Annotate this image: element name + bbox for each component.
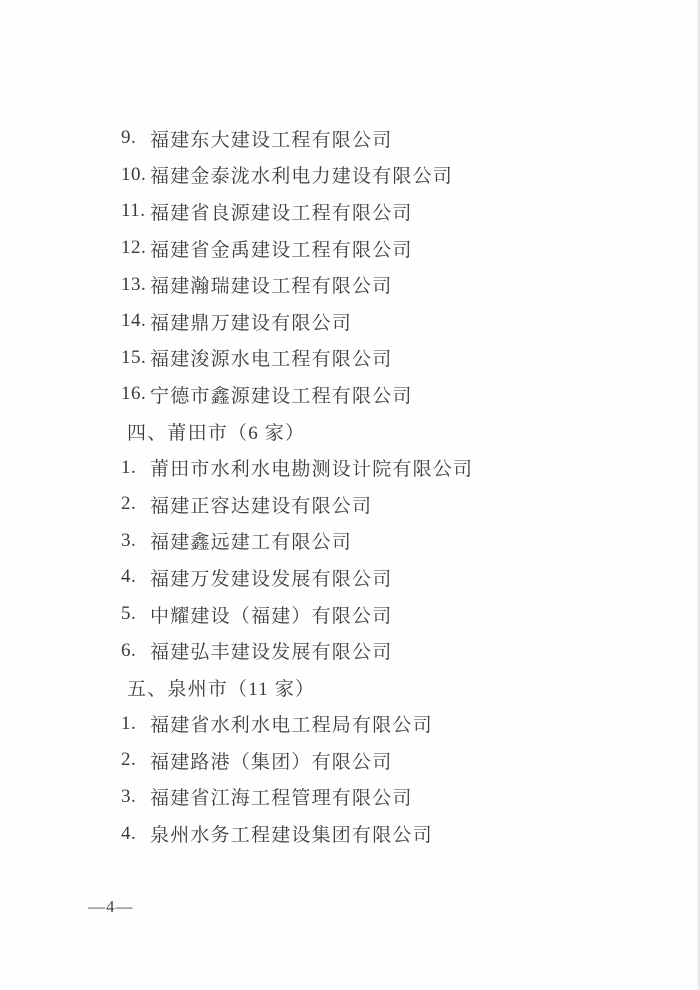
company-list-item: 4.泉州水务工程建设集团有限公司 [121,815,591,852]
company-name: 福建鑫远建工有限公司 [150,527,352,554]
company-list-item: 9.福建东大建设工程有限公司 [121,120,591,157]
company-list-item: 4.福建万发建设发展有限公司 [121,559,591,596]
item-number: 4. [121,823,150,845]
company-name: 福建东大建设工程有限公司 [150,125,392,152]
company-list-item: 14.福建鼎万建设有限公司 [121,303,591,340]
section-header: 五、泉州市（11 家） [127,669,591,706]
company-list-item: 10.福建金泰泷水利电力建设有限公司 [121,157,591,194]
document-page: 9.福建东大建设工程有限公司10.福建金泰泷水利电力建设有限公司11.福建省良源… [0,0,700,990]
item-number: 3. [121,530,150,552]
company-list-item: 15.福建浚源水电工程有限公司 [121,340,591,377]
company-name: 福建万发建设发展有限公司 [150,564,392,591]
company-list-item: 2.福建路港（集团）有限公司 [121,742,591,779]
company-list-item: 12.福建省金禹建设工程有限公司 [121,230,591,267]
item-number: 12. [121,237,150,259]
item-number: 3. [121,786,150,808]
company-name: 福建金泰泷水利电力建设有限公司 [150,161,453,188]
section-header: 四、莆田市（6 家） [127,413,591,450]
item-number: 1. [121,457,150,479]
company-list-item: 2.福建正容达建设有限公司 [121,486,591,523]
company-list: 9.福建东大建设工程有限公司10.福建金泰泷水利电力建设有限公司11.福建省良源… [121,120,591,852]
item-number: 10. [121,164,150,186]
company-list-item: 3.福建鑫远建工有限公司 [121,523,591,560]
company-name: 福建鼎万建设有限公司 [150,308,352,335]
company-name: 莆田市水利水电勘测设计院有限公司 [150,454,473,481]
item-number: 11. [121,200,150,222]
company-name: 宁德市鑫源建设工程有限公司 [150,381,413,408]
item-number: 2. [121,749,150,771]
item-number: 13. [121,274,150,296]
company-name: 福建浚源水电工程有限公司 [150,344,392,371]
item-number: 16. [121,383,150,405]
item-number: 1. [121,713,150,735]
company-name: 福建弘丰建设发展有限公司 [150,637,392,664]
company-list-item: 16.宁德市鑫源建设工程有限公司 [121,376,591,413]
company-list-item: 1.莆田市水利水电勘测设计院有限公司 [121,449,591,486]
scan-edge-shadow [696,0,700,990]
company-name: 福建省金禹建设工程有限公司 [150,235,413,262]
company-list-item: 13.福建瀚瑞建设工程有限公司 [121,266,591,303]
company-name: 福建路港（集团）有限公司 [150,747,392,774]
company-name: 福建省江海工程管理有限公司 [150,783,413,810]
item-number: 4. [121,566,150,588]
company-name: 中耀建设（福建）有限公司 [150,601,392,628]
company-list-item: 6.福建弘丰建设发展有限公司 [121,632,591,669]
item-number: 15. [121,347,150,369]
company-list-item: 1.福建省水利水电工程局有限公司 [121,706,591,743]
company-list-item: 11.福建省良源建设工程有限公司 [121,193,591,230]
company-name: 福建正容达建设有限公司 [150,491,372,518]
company-name: 泉州水务工程建设集团有限公司 [150,820,433,847]
item-number: 5. [121,603,150,625]
company-name: 福建省水利水电工程局有限公司 [150,710,433,737]
item-number: 9. [121,127,150,149]
company-name: 福建瀚瑞建设工程有限公司 [150,271,392,298]
company-list-item: 3.福建省江海工程管理有限公司 [121,779,591,816]
page-number: —4— [88,897,134,917]
item-number: 2. [121,493,150,515]
company-list-item: 5.中耀建设（福建）有限公司 [121,596,591,633]
item-number: 14. [121,310,150,332]
item-number: 6. [121,640,150,662]
company-name: 福建省良源建设工程有限公司 [150,198,413,225]
